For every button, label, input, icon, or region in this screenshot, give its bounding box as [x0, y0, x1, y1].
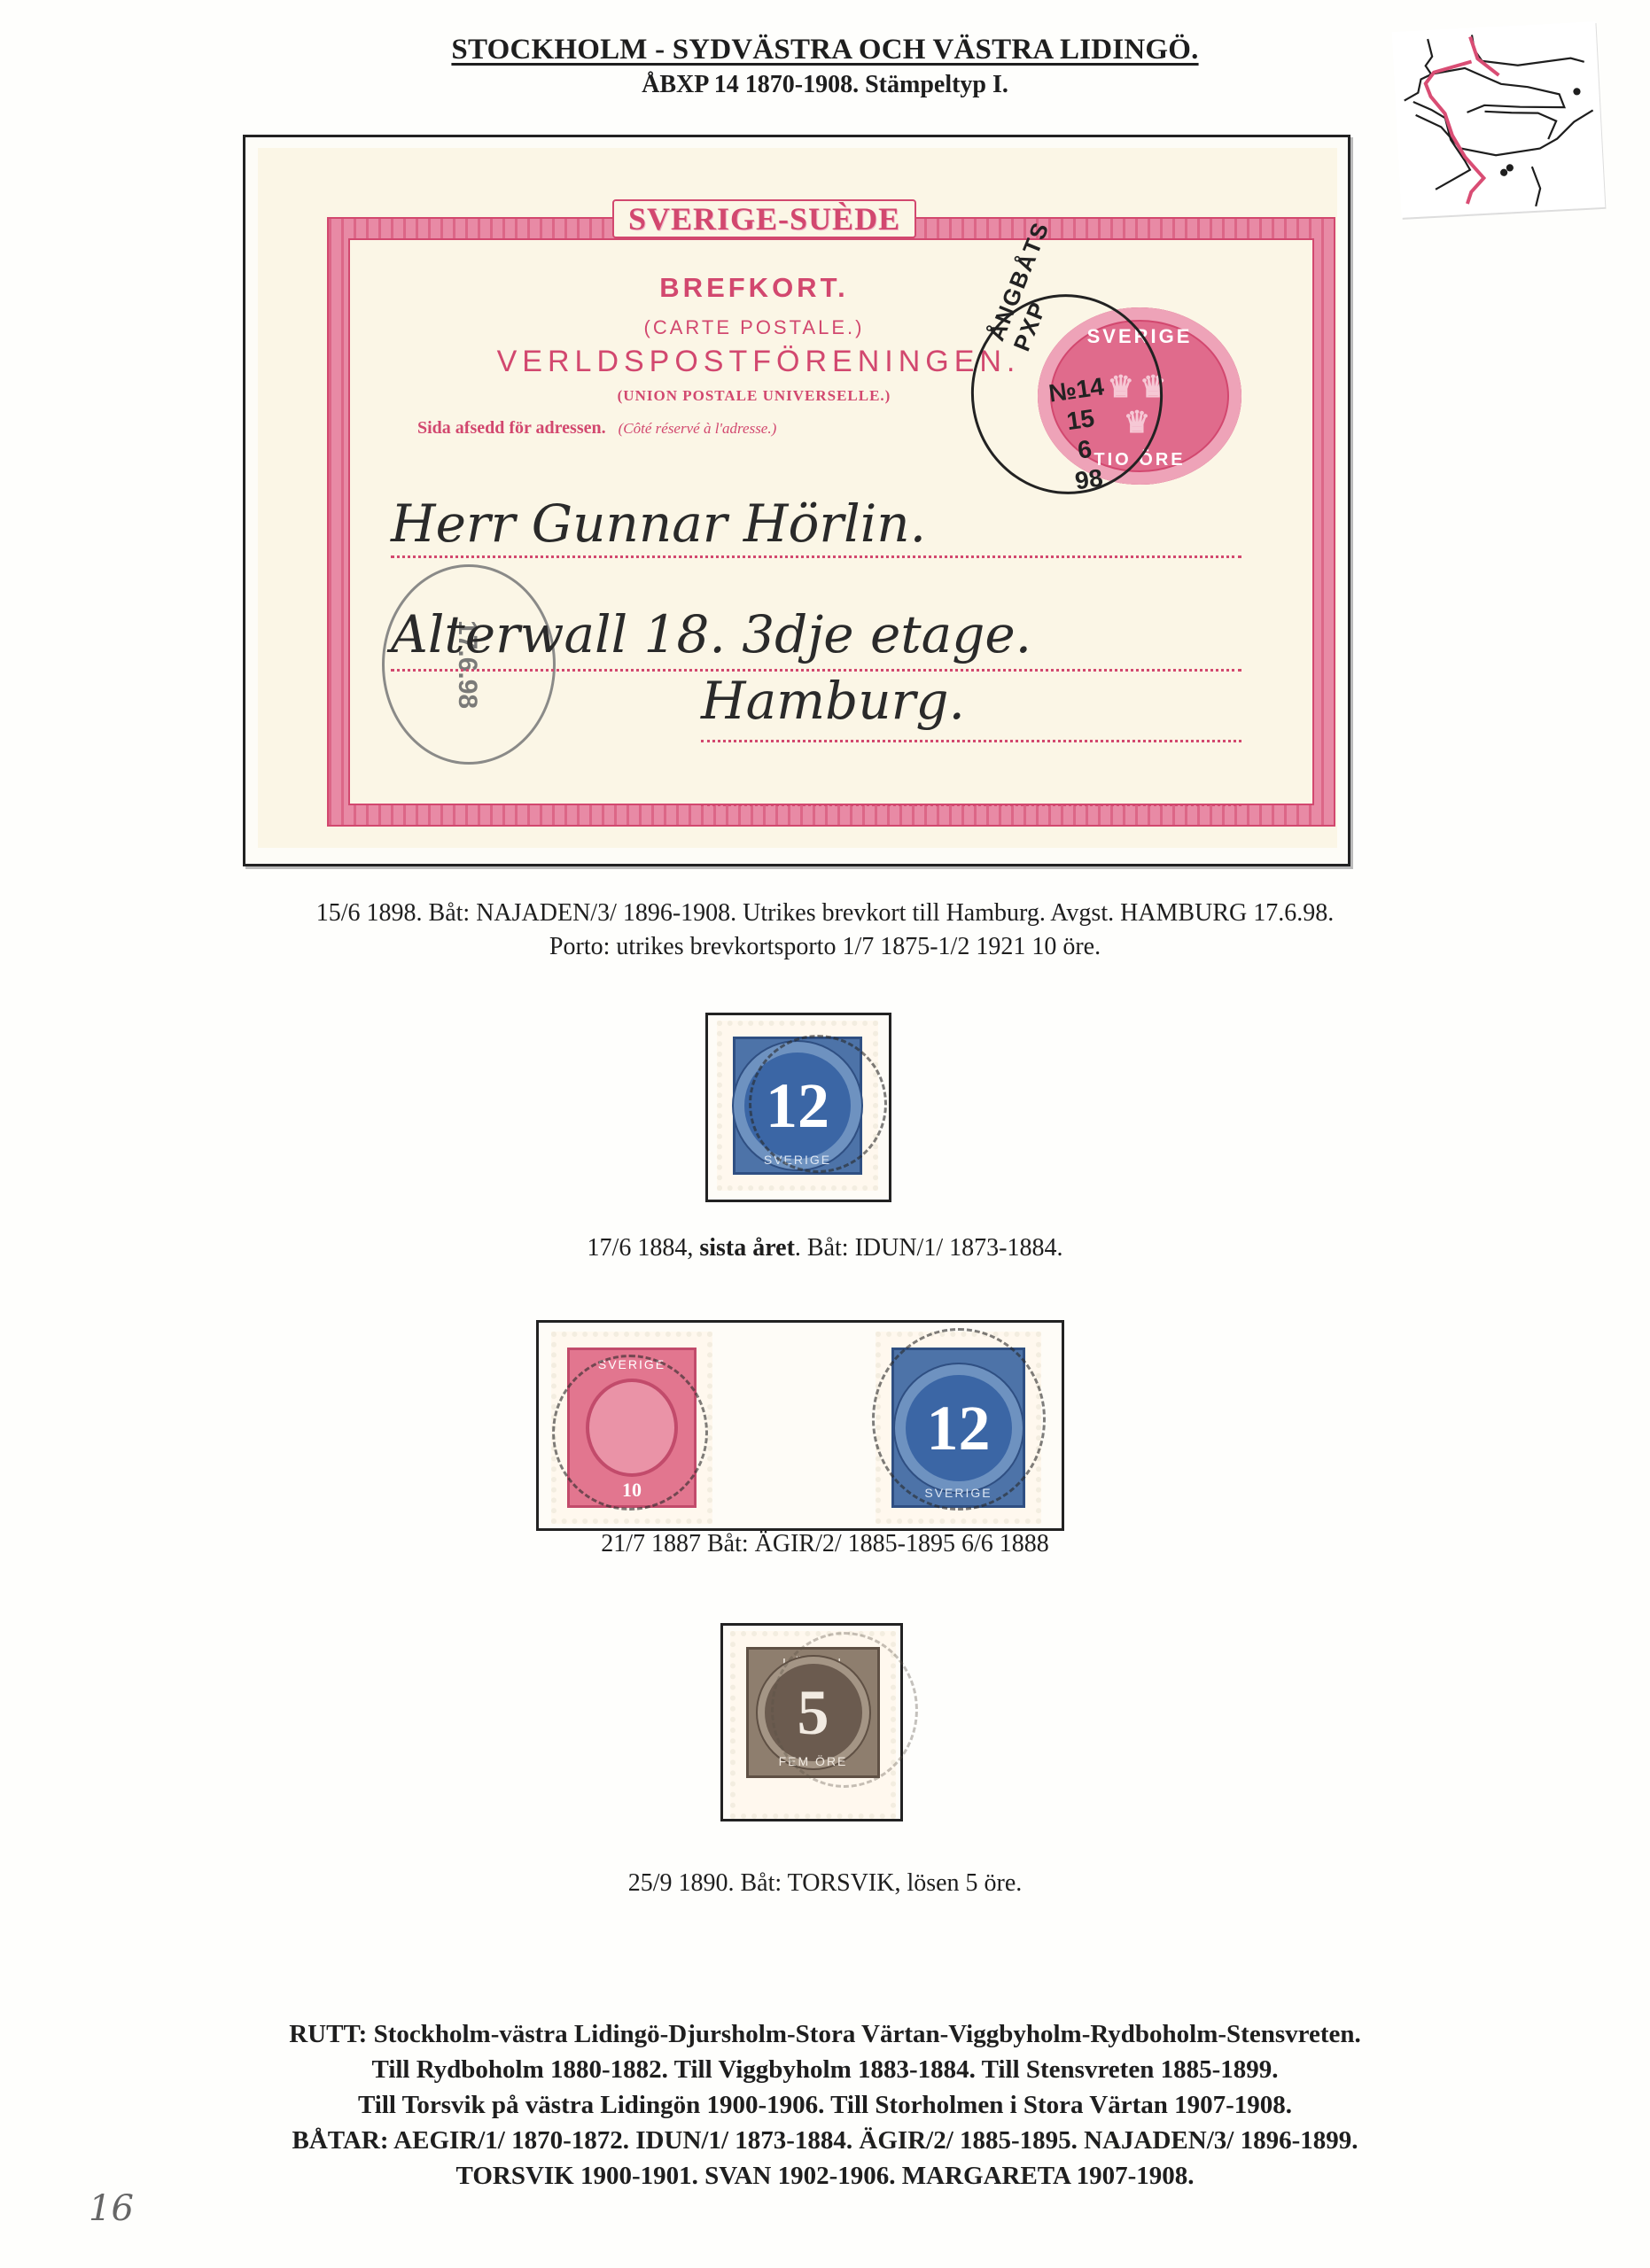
stamp-mount-1887-1888: SVERIGE 10 12 SVERIGE: [536, 1320, 1064, 1531]
page-number: 16: [89, 2188, 134, 2229]
postcard-mount: SVERIGE-SUÈDE BREFKORT. (CARTE POSTALE.)…: [243, 135, 1350, 866]
postcard-banner: SVERIGE-SUÈDE: [612, 199, 916, 238]
address-side-fr: (Côté réservé à l'adresse.): [619, 420, 777, 437]
page-title-text: STOCKHOLM - SYDVÄSTRA OCH VÄSTRA LIDINGÖ…: [451, 34, 1198, 66]
address-line-3: Hamburg.: [701, 671, 965, 731]
route-text: Stockholm-västra Lidingö-Djursholm-Stora…: [367, 2020, 1360, 2048]
stamp1-caption-rest: . Båt: IDUN/1/ 1873-1884.: [795, 1234, 1063, 1262]
route-line: RUTT: Stockholm-västra Lidingö-Djursholm…: [0, 2020, 1650, 2049]
stamp-mount-1890: LÖSEN 5 FEM ÖRE: [720, 1623, 903, 1821]
stamp-tio-ore-1887: SVERIGE 10: [551, 1332, 712, 1524]
route-map-icon: [1392, 21, 1606, 218]
postcard-caption-1: 15/6 1898. Båt: NAJADEN/3/ 1896-1908. Ut…: [0, 899, 1650, 928]
stamp-tolf-ore-1884: 12 SVERIGE: [717, 1021, 878, 1191]
stamp1-caption-date: 17/6 1884,: [588, 1234, 700, 1262]
route-label: RUTT:: [289, 2020, 367, 2048]
arrival-postmark: 17.6.98: [382, 564, 556, 765]
address-dotted-line: [701, 740, 1241, 742]
address-side-sv: Sida afsedd för adressen.: [417, 418, 606, 438]
route-info: RUTT: Stockholm-västra Lidingö-Djursholm…: [0, 2020, 1650, 2233]
stamp-cancel: [771, 1632, 918, 1788]
boats-label: BÅTAR:: [292, 2126, 389, 2155]
stamp-mount-1884: 12 SVERIGE: [705, 1013, 891, 1202]
route-line-3: Till Torsvik på västra Lidingön 1900-190…: [0, 2091, 1650, 2120]
address-line-2: Alterwall 18. 3dje etage.: [391, 604, 1031, 664]
stamp-cancel: [552, 1355, 708, 1511]
address-line-1: Herr Gunnar Hörlin.: [391, 493, 926, 554]
address-dotted-line: [701, 804, 1241, 806]
departure-postmark-date: №14 15 6 98: [1047, 371, 1118, 498]
stamp1-caption-emphasis: sista året: [699, 1234, 795, 1262]
boats-line: BÅTAR: AEGIR/1/ 1870-1872. IDUN/1/ 1873-…: [0, 2126, 1650, 2155]
address-dotted-line: [391, 555, 1241, 558]
postcard-caption-2: Porto: utrikes brevkortsporto 1/7 1875-1…: [0, 933, 1650, 961]
stamp1-caption: 17/6 1884, sista året. Båt: IDUN/1/ 1873…: [0, 1234, 1650, 1262]
postcard-address-side: Sida afsedd för adressen.(Côté réservé à…: [417, 418, 776, 439]
postcard-union-fr: (UNION POSTALE UNIVERSELLE.): [524, 387, 985, 405]
postcard: SVERIGE-SUÈDE BREFKORT. (CARTE POSTALE.)…: [258, 148, 1337, 848]
boats-text: AEGIR/1/ 1870-1872. IDUN/1/ 1873-1884. Ä…: [389, 2126, 1358, 2155]
postcard-heading: BREFKORT.: [524, 272, 985, 304]
postcard-heading-fr: (CARTE POSTALE.): [524, 316, 985, 339]
stamp-tolf-ore-1888: 12 SVERIGE: [876, 1332, 1041, 1524]
stamp-losen-fem-ore-1890: LÖSEN 5 FEM ÖRE: [730, 1631, 896, 1819]
stamps23-caption: 21/7 1887 Båt: ÄGIR/2/ 1885-1895 6/6 188…: [0, 1530, 1650, 1558]
stamp4-caption: 25/9 1890. Båt: TORSVIK, lösen 5 öre.: [0, 1869, 1650, 1898]
route-map: [1392, 21, 1606, 218]
boats-line-2: TORSVIK 1900-1901. SVAN 1902-1906. MARGA…: [0, 2162, 1650, 2191]
stamp-cancel: [749, 1035, 887, 1173]
stamp-cancel: [872, 1328, 1046, 1511]
route-line-2: Till Rydboholm 1880-1882. Till Viggbyhol…: [0, 2055, 1650, 2085]
